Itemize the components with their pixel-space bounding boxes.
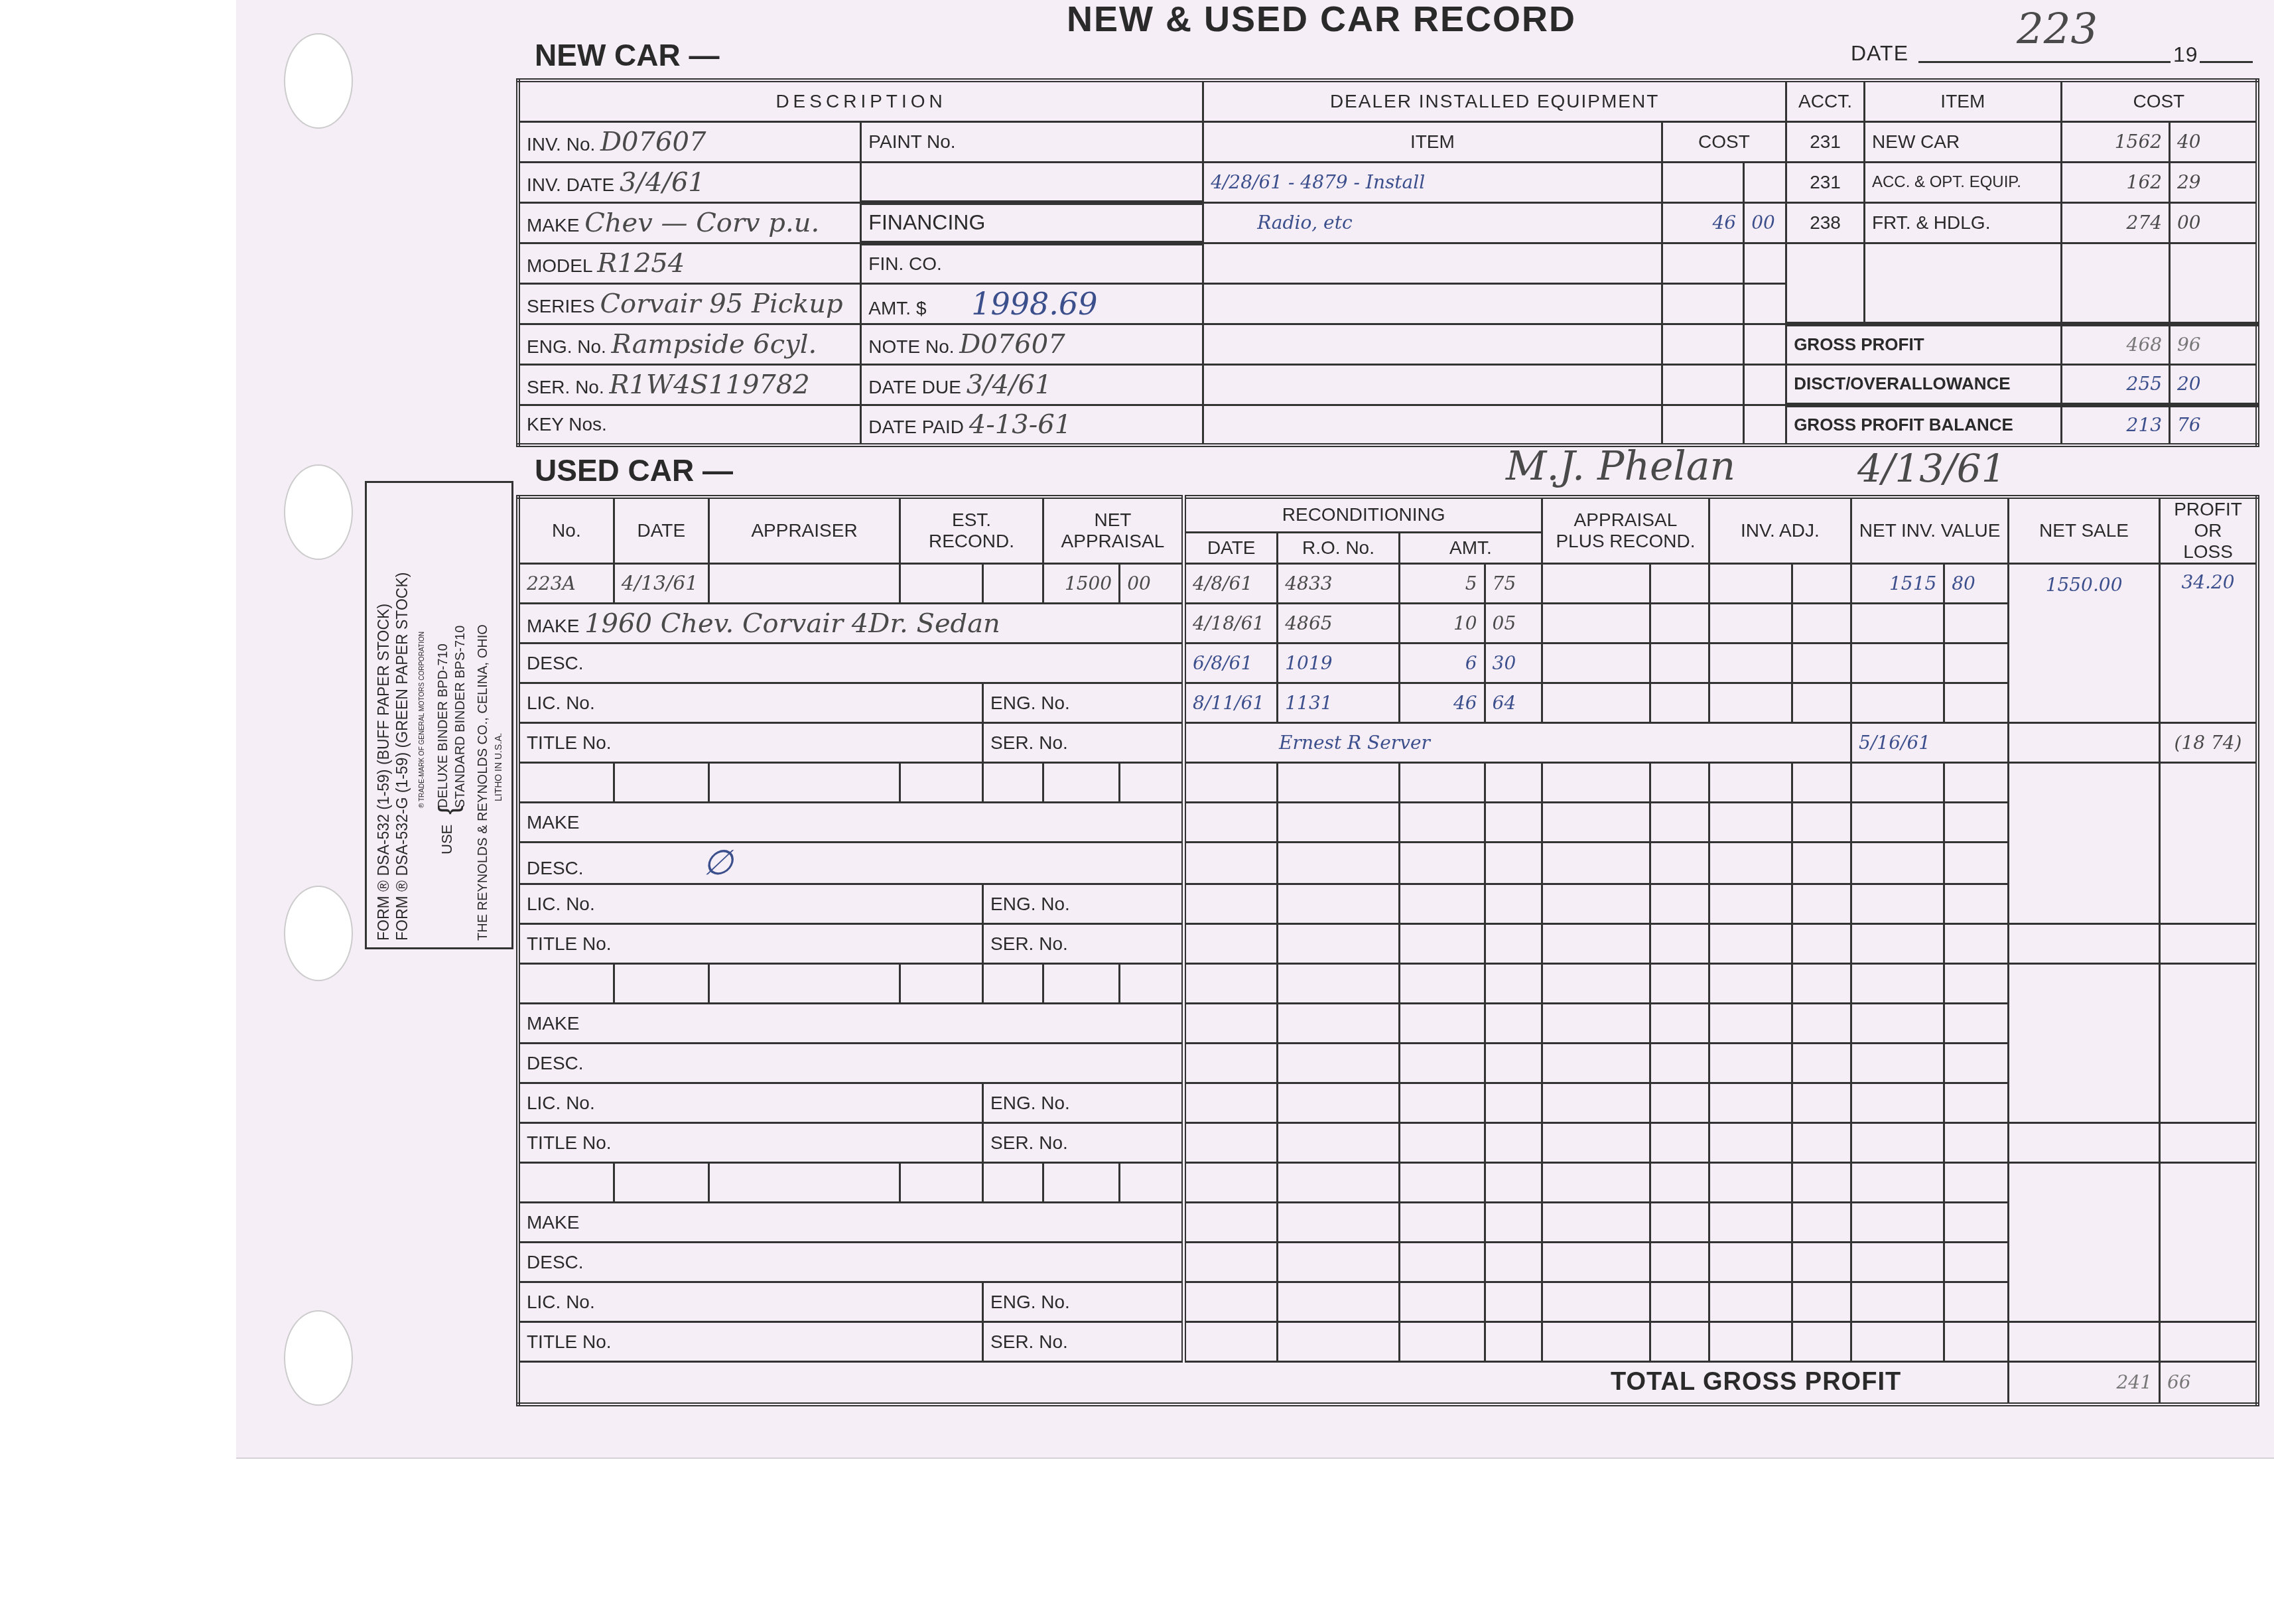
recond-date[interactable]: 8/11/61 — [1184, 683, 1278, 723]
cell[interactable] — [1792, 1163, 1851, 1203]
recond-amt-dollars[interactable] — [1399, 763, 1485, 803]
inv-adj-cents[interactable] — [1792, 683, 1851, 723]
recond-date[interactable]: 4/8/61 — [1184, 564, 1278, 604]
cost-dollars[interactable]: 162 — [2061, 162, 2169, 202]
cell[interactable] — [1399, 1203, 1485, 1243]
recond-ro[interactable] — [1278, 1083, 1399, 1123]
recond-ro[interactable] — [1278, 1322, 1399, 1362]
cost-cents[interactable]: 29 — [2170, 162, 2257, 202]
appr-recond-cents[interactable] — [1650, 763, 1709, 803]
net-inv-dollars[interactable] — [1851, 683, 1944, 723]
net-sale-blank[interactable] — [2009, 964, 2160, 1123]
cell[interactable] — [1944, 1243, 2009, 1282]
cell[interactable] — [1650, 1004, 1709, 1044]
cell[interactable] — [1650, 1083, 1709, 1123]
key-nos-field[interactable]: KEY Nos. — [518, 405, 861, 445]
cell[interactable] — [1485, 1243, 1542, 1282]
cell[interactable] — [1792, 964, 1851, 1004]
profit-blank[interactable] — [2159, 1322, 2257, 1362]
title-row[interactable]: TITLE No. — [518, 924, 983, 964]
acct-blank[interactable] — [1786, 243, 1865, 324]
cell[interactable] — [1851, 1243, 1944, 1282]
recond-ro[interactable] — [1278, 1123, 1399, 1163]
net-sale-blank[interactable] — [2009, 924, 2160, 964]
cell[interactable] — [1851, 1123, 1944, 1163]
inv-adj-dollars[interactable] — [1709, 564, 1792, 604]
net-sale-blank[interactable] — [2009, 763, 2160, 924]
entry-date[interactable] — [614, 964, 708, 1004]
inv-adj-dollars[interactable] — [1709, 604, 1792, 643]
cost-cents[interactable] — [2170, 243, 2257, 324]
cell[interactable] — [1399, 1123, 1485, 1163]
recond-amt-dollars[interactable]: 10 — [1399, 604, 1485, 643]
net-appraisal-cents[interactable] — [1120, 763, 1184, 803]
note-no-field[interactable]: NOTE No. D07607 — [861, 324, 1203, 364]
make-row[interactable]: MAKE — [518, 1203, 1184, 1243]
cell[interactable] — [1542, 1163, 1650, 1203]
cell[interactable] — [1709, 1083, 1792, 1123]
amt-field[interactable]: AMT. $ 1998.69 — [861, 283, 1203, 324]
cell[interactable] — [1851, 1163, 1944, 1203]
cell[interactable] — [1709, 924, 1792, 964]
recond-amt-dollars[interactable]: 46 — [1399, 683, 1485, 723]
recond-amt-cents[interactable]: 64 — [1485, 683, 1542, 723]
recond-date[interactable] — [1184, 1203, 1278, 1243]
recond-ro[interactable] — [1278, 763, 1399, 803]
loss-value[interactable]: (18 74) — [2159, 723, 2257, 763]
cell[interactable] — [1399, 1322, 1485, 1362]
cell[interactable] — [1650, 1282, 1709, 1322]
recond-amt-dollars[interactable] — [1399, 803, 1485, 843]
recond-date[interactable] — [1184, 1322, 1278, 1362]
gp-balance-cents[interactable]: 76 — [2170, 405, 2257, 445]
equip-cost-dollars[interactable] — [1662, 324, 1744, 364]
recond-amt-dollars[interactable] — [1399, 884, 1485, 924]
net-sale-blank[interactable] — [2009, 1123, 2160, 1163]
net-inv-cents[interactable] — [1944, 604, 2009, 643]
appr-recond-dollars[interactable] — [1542, 604, 1650, 643]
est-recond-dollars[interactable] — [900, 1163, 983, 1203]
recond-amt-cents[interactable]: 05 — [1485, 604, 1542, 643]
recond-date[interactable] — [1184, 763, 1278, 803]
cell[interactable] — [1542, 1044, 1650, 1083]
cell[interactable] — [1650, 1044, 1709, 1083]
series-field[interactable]: SERIES Corvair 95 Pickup — [518, 283, 861, 324]
appr-recond-cents[interactable] — [1650, 604, 1709, 643]
cell[interactable] — [1485, 1282, 1542, 1322]
cell[interactable] — [1944, 1083, 2009, 1123]
lic-row[interactable]: LIC. No. — [518, 1282, 983, 1322]
make-field[interactable]: MAKE Chev — Corv p.u. — [518, 202, 861, 243]
recond-ro[interactable] — [1278, 1243, 1399, 1282]
cell[interactable] — [1542, 843, 1650, 884]
cell[interactable] — [1485, 1004, 1542, 1044]
equip-cost-cents[interactable] — [1744, 364, 1786, 405]
equip-cost-cents[interactable] — [1744, 405, 1786, 445]
net-sale-blank[interactable] — [2009, 1322, 2160, 1362]
equip-cost-dollars[interactable] — [1662, 405, 1744, 445]
cell[interactable] — [1944, 1044, 2009, 1083]
cell[interactable] — [1399, 1004, 1485, 1044]
equip-cost-cents[interactable] — [1744, 162, 1786, 202]
cell[interactable] — [1792, 884, 1851, 924]
cell[interactable] — [1709, 843, 1792, 884]
recond-date[interactable] — [1184, 1282, 1278, 1322]
est-recond-cents[interactable] — [983, 964, 1043, 1004]
ser-row[interactable]: SER. No. — [983, 723, 1184, 763]
eng-row[interactable]: ENG. No. — [983, 884, 1184, 924]
net-sale-value[interactable]: 1550.00 — [2009, 564, 2160, 723]
cell[interactable] — [1709, 803, 1792, 843]
gross-profit-dollars[interactable]: 468 — [2061, 324, 2169, 364]
profit-value[interactable]: 34.20 — [2159, 564, 2257, 723]
cell[interactable] — [1851, 803, 1944, 843]
equip-cost-cents[interactable] — [1744, 324, 1786, 364]
cell[interactable] — [1485, 1163, 1542, 1203]
recond-date[interactable] — [1184, 884, 1278, 924]
inv-adj-dollars[interactable] — [1709, 763, 1792, 803]
cell[interactable] — [1709, 884, 1792, 924]
equip-cost-dollars[interactable] — [1662, 364, 1744, 405]
cell[interactable] — [1542, 1282, 1650, 1322]
cell[interactable] — [1709, 1203, 1792, 1243]
net-inv-dollars[interactable] — [1851, 604, 1944, 643]
acct-item-blank[interactable] — [1865, 243, 2062, 324]
profit-blank[interactable] — [2159, 1123, 2257, 1163]
recond-ro[interactable] — [1278, 843, 1399, 884]
buyer-name[interactable]: Ernest R Server — [1184, 723, 1851, 763]
cell[interactable] — [1650, 884, 1709, 924]
recond-ro[interactable] — [1278, 1044, 1399, 1083]
cost-dollars[interactable] — [2061, 243, 2169, 324]
entry-date[interactable] — [614, 1163, 708, 1203]
cell[interactable] — [1944, 1322, 2009, 1362]
recond-date[interactable]: 6/8/61 — [1184, 643, 1278, 683]
blank-field[interactable] — [861, 162, 1203, 202]
ser-no-field[interactable]: SER. No. R1W4S119782 — [518, 364, 861, 405]
net-appraisal-cents[interactable] — [1120, 964, 1184, 1004]
cell[interactable] — [1944, 1163, 2009, 1203]
lic-row[interactable]: LIC. No. — [518, 1083, 983, 1123]
cell[interactable] — [1399, 1243, 1485, 1282]
desc-row[interactable]: DESC. — [518, 643, 1184, 683]
equip-item-2[interactable]: Radio, etc — [1203, 202, 1662, 243]
inv-adj-cents[interactable] — [1792, 564, 1851, 604]
inv-adj-dollars[interactable] — [1709, 683, 1792, 723]
cell[interactable] — [1542, 1243, 1650, 1282]
cell[interactable] — [1650, 964, 1709, 1004]
cell[interactable] — [1709, 1004, 1792, 1044]
appr-recond-dollars[interactable] — [1542, 643, 1650, 683]
net-inv-value-cents[interactable]: 80 — [1944, 564, 2009, 604]
recond-date[interactable] — [1184, 1243, 1278, 1282]
net-inv-dollars[interactable] — [1851, 763, 1944, 803]
entry-date[interactable] — [614, 763, 708, 803]
cost-dollars[interactable]: 1562 — [2061, 121, 2169, 162]
cell[interactable] — [1792, 1004, 1851, 1044]
disct-dollars[interactable]: 255 — [2061, 364, 2169, 405]
recond-ro[interactable]: 4833 — [1278, 564, 1399, 604]
cell[interactable] — [1485, 1083, 1542, 1123]
net-appraisal-cents[interactable]: 00 — [1120, 564, 1184, 604]
net-inv-cents[interactable] — [1944, 643, 2009, 683]
entry-no[interactable] — [518, 763, 614, 803]
net-sale-blank[interactable] — [2009, 1163, 2160, 1322]
cell[interactable] — [1542, 803, 1650, 843]
cell[interactable] — [1709, 1044, 1792, 1083]
fin-co-field[interactable]: FIN. CO. — [861, 243, 1203, 283]
net-appraisal-dollars[interactable] — [1043, 763, 1119, 803]
net-inv-cents[interactable] — [1944, 763, 2009, 803]
eng-no-field[interactable]: ENG. No. Rampside 6cyl. — [518, 324, 861, 364]
recond-amt-cents[interactable] — [1485, 924, 1542, 964]
net-appraisal-dollars[interactable] — [1043, 964, 1119, 1004]
equip-cost-dollars[interactable] — [1662, 243, 1744, 283]
cell[interactable] — [1542, 1203, 1650, 1243]
inv-adj-cents[interactable] — [1792, 763, 1851, 803]
lic-row[interactable]: LIC. No. — [518, 683, 983, 723]
make-row[interactable]: MAKE — [518, 803, 1184, 843]
date-paid-field[interactable]: DATE PAID 4-13-61 — [861, 405, 1203, 445]
cell[interactable] — [1944, 884, 2009, 924]
equip-item-blank[interactable] — [1203, 405, 1662, 445]
cell[interactable] — [1792, 1322, 1851, 1362]
net-inv-cents[interactable] — [1944, 683, 2009, 723]
net-sale-blank[interactable] — [2009, 723, 2160, 763]
cell[interactable] — [1542, 924, 1650, 964]
recond-date[interactable] — [1184, 803, 1278, 843]
cell[interactable] — [1650, 1123, 1709, 1163]
recond-amt-dollars[interactable] — [1399, 964, 1485, 1004]
entry-no[interactable] — [518, 1163, 614, 1203]
recond-date[interactable] — [1184, 964, 1278, 1004]
ser-row[interactable]: SER. No. — [983, 1322, 1184, 1362]
cell[interactable] — [1650, 843, 1709, 884]
inv-adj-dollars[interactable] — [1709, 643, 1792, 683]
recond-ro[interactable] — [1278, 1004, 1399, 1044]
cell[interactable] — [1944, 924, 2009, 964]
profit-blank[interactable] — [2159, 964, 2257, 1123]
recond-amt-dollars[interactable]: 5 — [1399, 564, 1485, 604]
cell[interactable] — [1851, 924, 1944, 964]
cell[interactable] — [1851, 1004, 1944, 1044]
cell[interactable] — [1542, 884, 1650, 924]
recond-date[interactable] — [1184, 924, 1278, 964]
recond-ro[interactable]: 1131 — [1278, 683, 1399, 723]
equip-cost-cents[interactable] — [1744, 243, 1786, 283]
profit-blank[interactable] — [2159, 1163, 2257, 1322]
cell[interactable] — [1650, 1163, 1709, 1203]
cell[interactable] — [1542, 964, 1650, 1004]
cell[interactable] — [1851, 1322, 1944, 1362]
lic-row[interactable]: LIC. No. — [518, 884, 983, 924]
cell[interactable] — [1709, 1243, 1792, 1282]
cell[interactable] — [1399, 1163, 1485, 1203]
recond-amt-cents[interactable] — [1485, 803, 1542, 843]
entry-appraiser[interactable] — [708, 964, 900, 1004]
title-row[interactable]: TITLE No. — [518, 1322, 983, 1362]
est-recond-dollars[interactable] — [900, 564, 983, 604]
recond-amt-cents[interactable] — [1485, 763, 1542, 803]
recond-ro[interactable] — [1278, 1282, 1399, 1322]
est-recond-cents[interactable] — [983, 564, 1043, 604]
appr-recond-dollars[interactable] — [1542, 564, 1650, 604]
equip-cost-cents[interactable]: 00 — [1744, 202, 1786, 243]
recond-ro[interactable] — [1278, 1203, 1399, 1243]
cost-cents[interactable]: 40 — [2170, 121, 2257, 162]
equip-item-blank[interactable] — [1203, 364, 1662, 405]
cell[interactable] — [1399, 1083, 1485, 1123]
cell[interactable] — [1709, 1322, 1792, 1362]
recond-amt-dollars[interactable] — [1399, 843, 1485, 884]
recond-ro[interactable] — [1278, 964, 1399, 1004]
recond-amt-cents[interactable]: 75 — [1485, 564, 1542, 604]
eng-row[interactable]: ENG. No. — [983, 1282, 1184, 1322]
appr-recond-cents[interactable] — [1650, 564, 1709, 604]
cell[interactable] — [1792, 1044, 1851, 1083]
recond-date[interactable] — [1184, 1044, 1278, 1083]
cell[interactable] — [1792, 1243, 1851, 1282]
cell[interactable] — [1851, 884, 1944, 924]
cell[interactable] — [1650, 1203, 1709, 1243]
equip-cost-dollars[interactable] — [1662, 162, 1744, 202]
equip-cost-cents[interactable] — [1744, 283, 1786, 324]
make-row[interactable]: MAKE 1960 Chev. Corvair 4Dr. Sedan — [518, 604, 1184, 643]
net-inv-dollars[interactable] — [1851, 643, 1944, 683]
recond-date[interactable]: 4/18/61 — [1184, 604, 1278, 643]
appr-recond-dollars[interactable] — [1542, 683, 1650, 723]
entry-appraiser[interactable] — [708, 564, 900, 604]
recond-ro[interactable]: 4865 — [1278, 604, 1399, 643]
equip-cost-dollars[interactable]: 46 — [1662, 202, 1744, 243]
entry-appraiser[interactable] — [708, 763, 900, 803]
cell[interactable] — [1792, 1282, 1851, 1322]
paint-no-field[interactable]: PAINT No. — [861, 121, 1203, 162]
cell[interactable] — [1399, 1282, 1485, 1322]
cell[interactable] — [1851, 964, 1944, 1004]
net-appraisal-dollars[interactable]: 1500 — [1043, 564, 1119, 604]
eng-row[interactable]: ENG. No. — [983, 1083, 1184, 1123]
cell[interactable] — [1709, 964, 1792, 1004]
desc-row[interactable]: DESC. — [518, 1243, 1184, 1282]
cell[interactable] — [1542, 1123, 1650, 1163]
cell[interactable] — [1542, 1004, 1650, 1044]
recond-amt-dollars[interactable] — [1399, 924, 1485, 964]
cell[interactable] — [1485, 1123, 1542, 1163]
recond-date[interactable] — [1184, 1004, 1278, 1044]
recond-ro[interactable]: 1019 — [1278, 643, 1399, 683]
equip-item-1[interactable]: 4/28/61 - 4879 - Install — [1203, 162, 1662, 202]
equip-item-blank[interactable] — [1203, 283, 1662, 324]
inv-date-field[interactable]: INV. DATE 3/4/61 — [518, 162, 861, 202]
recond-amt-cents[interactable] — [1485, 884, 1542, 924]
cell[interactable] — [1944, 803, 2009, 843]
cell[interactable] — [1485, 1322, 1542, 1362]
cell[interactable] — [1792, 803, 1851, 843]
cell[interactable] — [1709, 1282, 1792, 1322]
recond-date[interactable] — [1184, 1083, 1278, 1123]
cell[interactable] — [1542, 1083, 1650, 1123]
desc-row[interactable]: DESC.∅ — [518, 843, 1184, 884]
cell[interactable] — [1944, 1004, 2009, 1044]
entry-appraiser[interactable] — [708, 1163, 900, 1203]
cell[interactable] — [1709, 1163, 1792, 1203]
gp-balance-dollars[interactable]: 213 — [2061, 405, 2169, 445]
equip-cost-dollars[interactable] — [1662, 283, 1744, 324]
cell[interactable] — [1792, 843, 1851, 884]
title-row[interactable]: TITLE No. — [518, 723, 983, 763]
appr-recond-cents[interactable] — [1650, 683, 1709, 723]
recond-amt-dollars[interactable]: 6 — [1399, 643, 1485, 683]
recond-ro[interactable] — [1278, 924, 1399, 964]
gross-profit-cents[interactable]: 96 — [2170, 324, 2257, 364]
inv-adj-cents[interactable] — [1792, 643, 1851, 683]
cell[interactable] — [1851, 1282, 1944, 1322]
cell[interactable] — [1792, 1123, 1851, 1163]
cell[interactable] — [1851, 843, 1944, 884]
recond-amt-cents[interactable] — [1485, 964, 1542, 1004]
cell[interactable] — [1944, 843, 2009, 884]
recond-date[interactable] — [1184, 843, 1278, 884]
appr-recond-dollars[interactable] — [1542, 763, 1650, 803]
ser-row[interactable]: SER. No. — [983, 1123, 1184, 1163]
cell[interactable] — [1944, 1282, 2009, 1322]
cell[interactable] — [1650, 1322, 1709, 1362]
inv-no-field[interactable]: INV. No. D07607 — [518, 121, 861, 162]
cell[interactable] — [1851, 1083, 1944, 1123]
cell[interactable] — [1944, 1203, 2009, 1243]
title-row[interactable]: TITLE No. — [518, 1123, 983, 1163]
equip-item-blank[interactable] — [1203, 324, 1662, 364]
net-appraisal-dollars[interactable] — [1043, 1163, 1119, 1203]
cell[interactable] — [1709, 1123, 1792, 1163]
recond-date[interactable] — [1184, 1123, 1278, 1163]
cell[interactable] — [1650, 1243, 1709, 1282]
cell[interactable] — [1485, 1044, 1542, 1083]
desc-row[interactable]: DESC. — [518, 1044, 1184, 1083]
est-recond-cents[interactable] — [983, 763, 1043, 803]
recond-ro[interactable] — [1278, 1163, 1399, 1203]
make-row[interactable]: MAKE — [518, 1004, 1184, 1044]
recond-amt-cents[interactable] — [1485, 843, 1542, 884]
net-inv-value-dollars[interactable]: 1515 — [1851, 564, 1944, 604]
entry-no[interactable] — [518, 964, 614, 1004]
ser-row[interactable]: SER. No. — [983, 924, 1184, 964]
cell[interactable] — [1792, 924, 1851, 964]
cell[interactable] — [1851, 1044, 1944, 1083]
cell[interactable] — [1485, 1203, 1542, 1243]
eng-row[interactable]: ENG. No. — [983, 683, 1184, 723]
total-cents[interactable]: 66 — [2159, 1362, 2257, 1404]
cell[interactable] — [1399, 1044, 1485, 1083]
appr-recond-cents[interactable] — [1650, 643, 1709, 683]
equip-item-blank[interactable] — [1203, 243, 1662, 283]
recond-ro[interactable] — [1278, 884, 1399, 924]
entry-no[interactable]: 223A — [518, 564, 614, 604]
cell[interactable] — [1650, 803, 1709, 843]
cell[interactable] — [1944, 964, 2009, 1004]
cell[interactable] — [1851, 1203, 1944, 1243]
net-appraisal-cents[interactable] — [1120, 1163, 1184, 1203]
recond-ro[interactable] — [1278, 803, 1399, 843]
cost-cents[interactable]: 00 — [2170, 202, 2257, 243]
profit-blank[interactable] — [2159, 924, 2257, 964]
model-field[interactable]: MODEL R1254 — [518, 243, 861, 283]
buyer-date[interactable]: 5/16/61 — [1851, 723, 2009, 763]
date-due-field[interactable]: DATE DUE 3/4/61 — [861, 364, 1203, 405]
cell[interactable] — [1792, 1083, 1851, 1123]
cell[interactable] — [1792, 1203, 1851, 1243]
